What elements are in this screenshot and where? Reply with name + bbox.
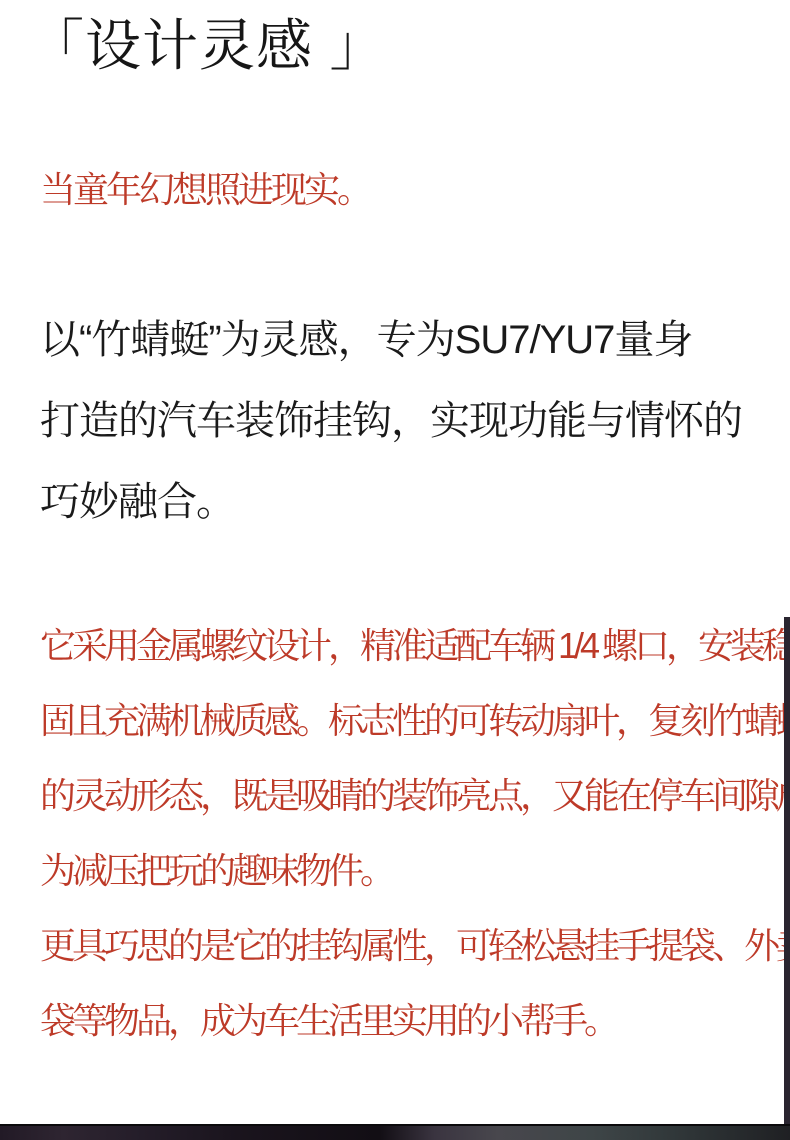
detail-paragraph: 它采用金属螺纹设计，精准适配车辆 1/4 螺口，安装稳 固且充满机械质感。标志性… (40, 608, 785, 1058)
page-title: 「设计灵感 」 (28, 2, 387, 82)
paragraph-line: 打造的汽车装饰挂钩，实现功能与情怀的 (40, 381, 770, 462)
paragraph-line: 为减压把玩的趣味物件。 (40, 833, 785, 908)
paragraph-line: 它采用金属螺纹设计，精准适配车辆 1/4 螺口，安装稳 (40, 608, 785, 683)
product-description-section: 「设计灵感 」 当童年幻想照进现实。 以“竹蜻蜓”为灵感，专为SU7/YU7量身… (0, 0, 790, 1140)
paragraph-line: 袋等物品，成为车生活里实用的小帮手。 (40, 983, 785, 1058)
next-section-photo-edge (0, 1124, 790, 1140)
paragraph-line: 的灵动形态，既是吸睛的装饰亮点，又能在停车间隙成 (40, 758, 785, 833)
intro-paragraph: 以“竹蜻蜓”为灵感，专为SU7/YU7量身 打造的汽车装饰挂钩，实现功能与情怀的… (40, 300, 770, 543)
tagline-text: 当童年幻想照进现实。 (40, 162, 370, 213)
paragraph-line: 更具巧思的是它的挂钩属性，可轻松悬挂手提袋、外卖 (40, 908, 785, 983)
paragraph-line: 固且充满机械质感。标志性的可转动扇叶，复刻竹蜻蜓 (40, 683, 785, 758)
paragraph-line: 巧妙融合。 (40, 462, 770, 543)
paragraph-line: 以“竹蜻蜓”为灵感，专为SU7/YU7量身 (40, 300, 770, 381)
scrollbar-thumb[interactable] (784, 617, 790, 1140)
